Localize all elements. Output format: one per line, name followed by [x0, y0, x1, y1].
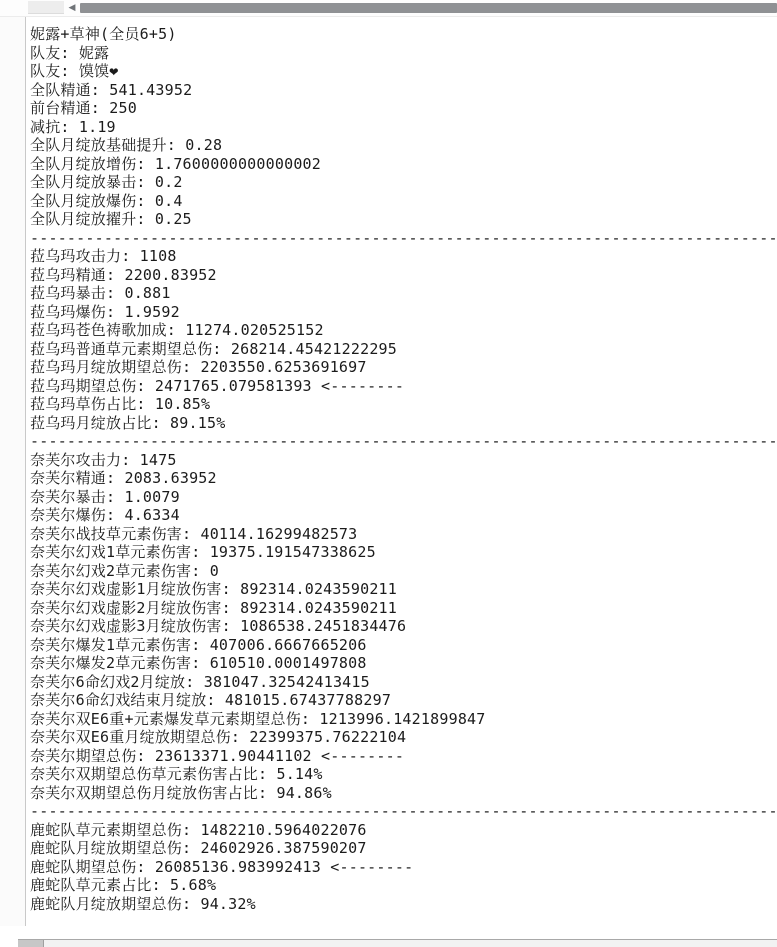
report-line: 全队月绽放擢升: 0.25: [30, 210, 777, 229]
report-line: 奈芙尔双期望总伤月绽放伤害占比: 94.86%: [30, 784, 777, 803]
report-line: 队友: 馍馍❤: [30, 62, 777, 81]
report-line: 奈芙尔双E6重月绽放期望总伤: 22399375.76222104: [30, 728, 777, 747]
section-separator: ----------------------------------------…: [30, 802, 777, 821]
report-line: 奈芙尔爆发2草元素伤害: 610510.0001497808: [30, 654, 777, 673]
report-line: 奈芙尔攻击力: 1475: [30, 451, 777, 470]
app-window: ◀ 妮露+草神(全员6+5)队友: 妮露队友: 馍馍❤全队精通: 541.439…: [0, 0, 777, 947]
report-line: 奈芙尔幻戏虚影2月绽放伤害: 892314.0243590211: [30, 599, 777, 618]
report-line: 奈芙尔战技草元素伤害: 40114.16299482573: [30, 525, 777, 544]
report-line: 奈芙尔6命幻戏结束月绽放: 481015.67437788297: [30, 691, 777, 710]
report-line: 奈芙尔幻戏2草元素伤害: 0: [30, 562, 777, 581]
report-line: 奈芙尔双期望总伤草元素伤害占比: 5.14%: [30, 765, 777, 784]
scrollbar-corner: [28, 1, 64, 14]
report-line: 队友: 妮露: [30, 44, 777, 63]
report-line: 菈乌玛爆伤: 1.9592: [30, 303, 777, 322]
scroll-left-arrow-icon: ◀: [69, 2, 76, 12]
next-row-content-cell: [44, 940, 777, 947]
report-line: 菈乌玛期望总伤: 2471765.079581393 <--------: [30, 377, 777, 396]
report-line: 妮露+草神(全员6+5): [30, 25, 777, 44]
report-line: 菈乌玛普通草元素期望总伤: 268214.45421222295: [30, 340, 777, 359]
next-row-preview: [0, 939, 777, 947]
next-row-gutter-cell: [18, 940, 44, 947]
report-line: 减抗: 1.19: [30, 118, 777, 137]
report-line: 鹿蛇队草元素期望总伤: 1482210.5964022076: [30, 821, 777, 840]
report-line: 全队月绽放增伤: 1.7600000000000002: [30, 155, 777, 174]
report-line: 奈芙尔精通: 2083.63952: [30, 469, 777, 488]
report-line: 鹿蛇队月绽放期望总伤: 24602926.387590207: [30, 839, 777, 858]
report-line: 菈乌玛月绽放占比: 89.15%: [30, 414, 777, 433]
report-line: 奈芙尔幻戏虚影3月绽放伤害: 1086538.2451834476: [30, 617, 777, 636]
horizontal-scrollbar[interactable]: ◀: [0, 0, 777, 17]
row-gutter: [0, 17, 26, 926]
report-line: 菈乌玛月绽放期望总伤: 2203550.6253691697: [30, 358, 777, 377]
report-line: 全队精通: 541.43952: [30, 81, 777, 100]
report-line: 菈乌玛苍色祷歌加成: 11274.020525152: [30, 321, 777, 340]
report-line: 全队月绽放暴击: 0.2: [30, 173, 777, 192]
report-line: 鹿蛇队月绽放期望总伤: 94.32%: [30, 895, 777, 914]
report-content[interactable]: 妮露+草神(全员6+5)队友: 妮露队友: 馍馍❤全队精通: 541.43952…: [26, 17, 777, 935]
report-line: 菈乌玛暴击: 0.881: [30, 284, 777, 303]
report-line: 菈乌玛精通: 2200.83952: [30, 266, 777, 285]
report-line: 奈芙尔6命幻戏2月绽放: 381047.32542413415: [30, 673, 777, 692]
report-line: 全队月绽放爆伤: 0.4: [30, 192, 777, 211]
report-line: 奈芙尔期望总伤: 23613371.90441102 <--------: [30, 747, 777, 766]
scroll-left-button[interactable]: ◀: [65, 0, 79, 14]
section-separator: ----------------------------------------…: [30, 432, 777, 451]
report-line: 奈芙尔爆伤: 4.6334: [30, 506, 777, 525]
report-line: 鹿蛇队期望总伤: 26085136.983992413 <--------: [30, 858, 777, 877]
report-line: 菈乌玛草伤占比: 10.85%: [30, 395, 777, 414]
report-line: 奈芙尔双E6重+元素爆发草元素期望总伤: 1213996.1421899847: [30, 710, 777, 729]
report-line: 奈芙尔幻戏1草元素伤害: 19375.191547338625: [30, 543, 777, 562]
report-line: 奈芙尔幻戏虚影1月绽放伤害: 892314.0243590211: [30, 580, 777, 599]
horizontal-scrollbar-thumb[interactable]: [80, 3, 777, 13]
report-line: 鹿蛇队草元素占比: 5.68%: [30, 876, 777, 895]
report-line: 全队月绽放基础提升: 0.28: [30, 136, 777, 155]
report-line: 奈芙尔暴击: 1.0079: [30, 488, 777, 507]
report-line: 菈乌玛攻击力: 1108: [30, 247, 777, 266]
report-line: 奈芙尔爆发1草元素伤害: 407006.6667665206: [30, 636, 777, 655]
section-separator: ----------------------------------------…: [30, 229, 777, 248]
report-line: 前台精通: 250: [30, 99, 777, 118]
